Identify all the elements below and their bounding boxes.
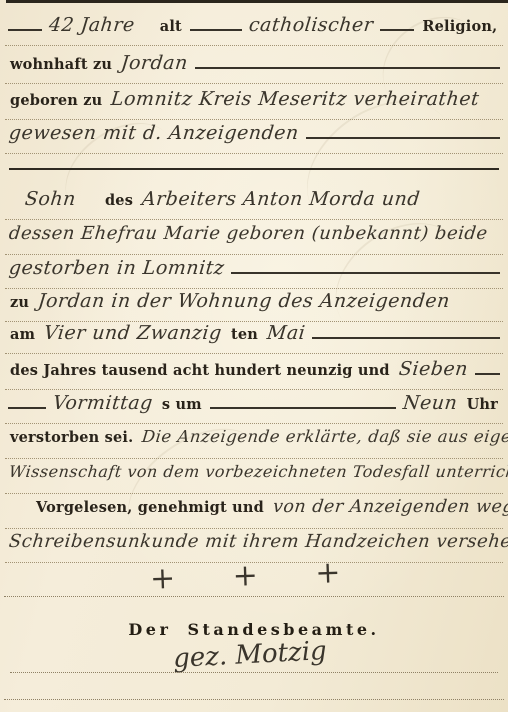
blank-fill-stroke — [306, 137, 500, 139]
form-line: verstorben sei.Die Anzeigende erklärte, … — [5, 427, 503, 459]
form-line: zuJordan in der Wohnung des Anzeigenden — [5, 290, 503, 322]
printed-label: des — [105, 192, 133, 209]
ruled-line — [4, 596, 504, 597]
handwritten-entry: Neun — [402, 392, 459, 414]
printed-label: s um — [162, 396, 202, 413]
handwritten-entry: 42 Jahre — [48, 14, 136, 36]
ruled-line-bottom — [4, 699, 504, 700]
handwritten-entry: Wissenschaft von dem vorbezeichneten Tod… — [8, 462, 508, 481]
handwritten-entry: catholischer — [248, 14, 375, 36]
form-line: 42 JahrealtcatholischerReligion, — [5, 14, 503, 46]
handwritten-entry: dessen Ehefrau Marie geboren (unbekannt)… — [8, 223, 489, 244]
handwritten-entry: gestorben in Lomnitz — [8, 257, 226, 279]
handwritten-entry: Vormittag — [52, 392, 154, 414]
form-line: geboren zuLomnitz Kreis Meseritz verheir… — [5, 88, 503, 120]
printed-label: Vorgelesen, genehmigt und — [36, 499, 264, 516]
printed-label: alt — [160, 18, 182, 35]
section-rule-top — [6, 0, 508, 3]
handwritten-entry: Vier und Zwanzig — [43, 322, 223, 344]
printed-label: Religion, — [422, 18, 497, 35]
printed-label: des Jahres tausend acht hundert neunzig … — [10, 362, 390, 379]
death-register-page: 42 JahrealtcatholischerReligion,wohnhaft… — [0, 0, 508, 712]
handwritten-entry: Sieben — [398, 358, 469, 380]
handwritten-entry: Jordan in der Wohnung des Anzeigenden — [37, 290, 451, 312]
signature-line — [10, 672, 498, 673]
blank-fill-stroke — [195, 67, 500, 69]
printed-label: wohnhaft zu — [10, 56, 112, 73]
blank-fill-stroke — [210, 407, 396, 409]
form-line: gewesen mit d. Anzeigenden — [5, 122, 503, 154]
handwritten-entry: Mai — [266, 322, 307, 344]
form-line: des Jahres tausend acht hundert neunzig … — [5, 358, 503, 390]
form-line: gestorben in Lomnitz — [5, 257, 503, 289]
handwritten-entry: Arbeiters Anton Morda und — [141, 188, 421, 210]
form-line: Vormittags umNeunUhr — [5, 392, 503, 424]
handwritten-entry: von der Anzeigenden wegen — [272, 497, 508, 517]
blank-fill-stroke — [8, 407, 46, 409]
blank-fill-stroke — [190, 29, 242, 31]
printed-label: Uhr — [467, 396, 498, 413]
blank-fill-stroke — [231, 272, 500, 274]
handwritten-entry: Schreibensunkunde mit ihrem Handzeichen … — [8, 531, 508, 552]
handwritten-entry: Die Anzeigende erklärte, daß sie aus eig… — [141, 427, 508, 446]
form-line: dessen Ehefrau Marie geboren (unbekannt)… — [5, 223, 503, 255]
registrar-signature: gez. Motzig — [119, 633, 380, 681]
blank-fill-stroke — [312, 337, 500, 339]
handwritten-entry: Jordan — [120, 52, 189, 74]
blank-fill-stroke — [8, 29, 42, 31]
handwritten-entry: Lomnitz Kreis Meseritz verheirathet — [110, 88, 481, 110]
handwritten-entry: gewesen mit d. Anzeigenden — [8, 122, 300, 144]
form-line: amVier und ZwanzigtenMai — [5, 322, 503, 354]
printed-label: verstorben sei. — [10, 429, 133, 446]
handmark-crosses: + + + — [149, 554, 365, 596]
handwritten-entry: Sohn — [24, 188, 77, 210]
form-line: Wissenschaft von dem vorbezeichneten Tod… — [5, 462, 503, 494]
printed-label: am — [10, 326, 35, 343]
blank-fill-stroke — [380, 29, 414, 31]
blank-fill-stroke — [475, 373, 500, 375]
registrar-heading: Der Standesbeamte. — [0, 620, 508, 639]
printed-label: zu — [10, 294, 29, 311]
form-line: Vorgelesen, genehmigt undvon der Anzeige… — [5, 497, 503, 529]
printed-label: geboren zu — [10, 92, 102, 109]
form-line: SohndesArbeiters Anton Morda und — [5, 188, 503, 220]
form-line: wohnhaft zuJordan — [5, 52, 503, 84]
printed-label: ten — [231, 326, 258, 343]
section-divider — [9, 168, 499, 170]
